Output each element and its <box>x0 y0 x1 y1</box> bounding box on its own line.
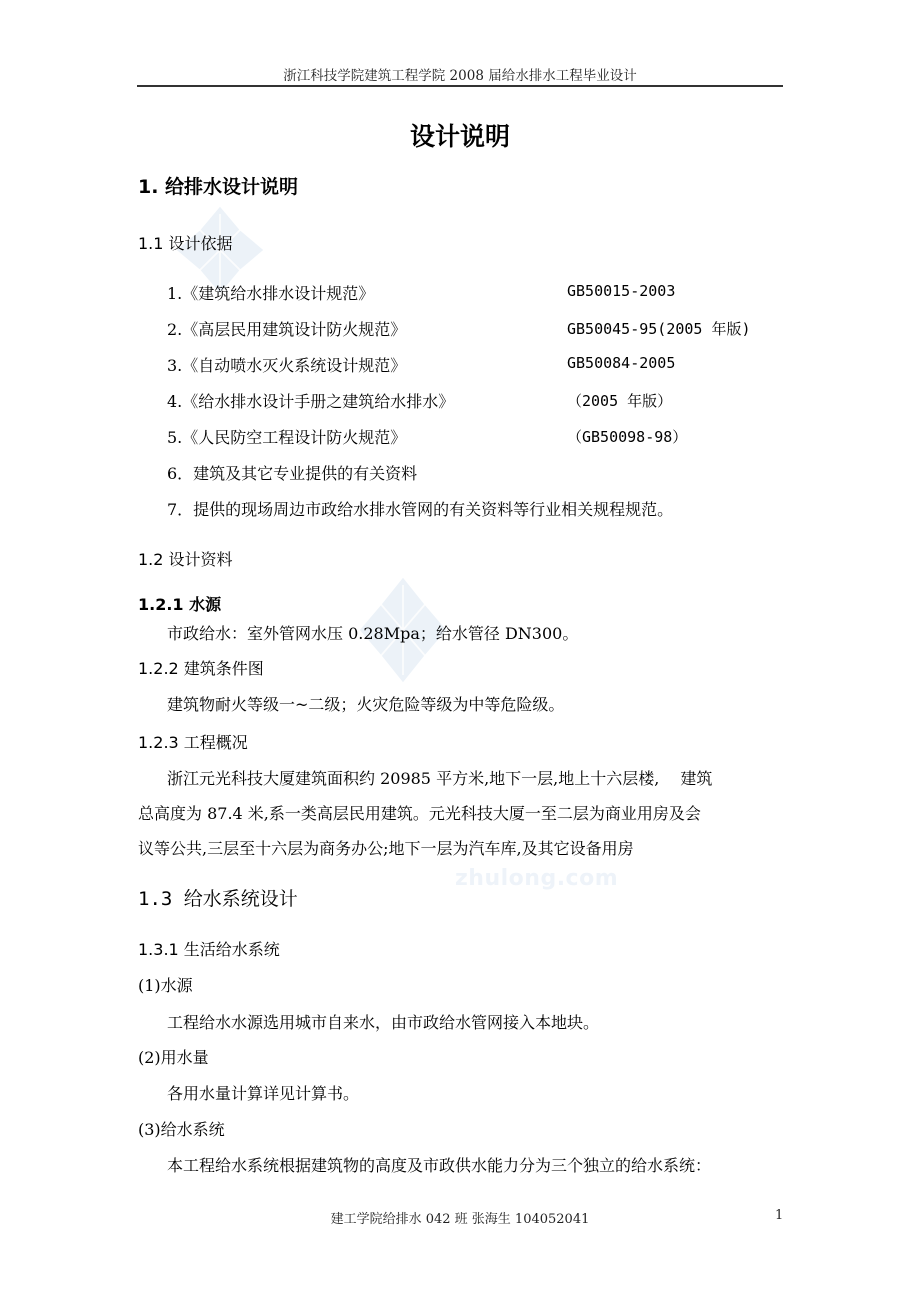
reference-item-label: 1.《建筑给水排水设计规范》 <box>167 281 374 304</box>
heading-section-1-2: 1.2 设计资料 <box>138 547 233 570</box>
subsection-text: 各用水量计算详见计算书。 <box>167 1081 359 1104</box>
reference-item-code: GB50015-2003 <box>567 282 675 300</box>
heading-section-1-3: 1.3 给水系统设计 <box>138 884 298 911</box>
heading-section-1-2-1: 1.2.1 水源 <box>138 592 221 615</box>
reference-item-label: 5.《人民防空工程设计防火规范》 <box>167 425 406 448</box>
heading-section-1-2-2: 1.2.2 建筑条件图 <box>138 656 264 679</box>
reference-item-code: GB50084-2005 <box>567 354 675 372</box>
subsection-label: (2)用水量 <box>138 1045 209 1068</box>
reference-item-label: 4.《给水排水设计手册之建筑给水排水》 <box>167 389 454 412</box>
subsection-text: 工程给水水源选用城市自来水，由市政给水管网接入本地块。 <box>167 1010 599 1033</box>
reference-item-label: 3.《自动喷水灭火系统设计规范》 <box>167 353 406 376</box>
reference-item-code: （2005 年版） <box>567 390 672 411</box>
reference-item-label: 7．提供的现场周边市政给水排水管网的有关资料等行业相关规程规范。 <box>167 497 673 520</box>
heading-section-1: 1. 给排水设计说明 <box>138 172 298 199</box>
heading-section-1-3-1: 1.3.1 生活给水系统 <box>138 937 280 960</box>
subsection-label: (1)水源 <box>138 973 193 996</box>
reference-item-code: GB50045-95(2005 年版) <box>567 318 751 339</box>
reference-item-code: （GB50098-98） <box>567 426 687 447</box>
page-header: 浙江科技学院建筑工程学院 2008 届给水排水工程毕业设计 <box>0 64 920 84</box>
paragraph-water-source: 市政给水：室外管网水压 0.28Mpa；给水管径 DN300。 <box>167 621 578 644</box>
subsection-text: 本工程给水系统根据建筑物的高度及市政供水能力分为三个独立的给水系统： <box>167 1153 711 1176</box>
paragraph-project-overview-line: 议等公共,三层至十六层为商务办公;地下一层为汽车库,及其它设备用房 <box>138 836 634 859</box>
reference-item-label: 6．建筑及其它专业提供的有关资料 <box>167 461 417 484</box>
document-title: 设计说明 <box>0 117 920 153</box>
paragraph-project-overview-line: 浙江元光科技大厦建筑面积约 20985 平方米,地下一层,地上十六层楼, 建筑 <box>167 766 712 789</box>
document-page: zhulong.com 浙江科技学院建筑工程学院 2008 届给水排水工程毕业设… <box>0 0 920 1302</box>
subsection-label: (3)给水系统 <box>138 1117 225 1140</box>
paragraph-building-conditions: 建筑物耐火等级一~二级；火灾危险等级为中等危险级。 <box>167 692 564 715</box>
heading-section-1-1: 1.1 设计依据 <box>138 231 233 254</box>
watermark-text: zhulong.com <box>455 866 618 891</box>
page-number: 1 <box>775 1208 783 1223</box>
paragraph-project-overview-line: 总高度为 87.4 米,系一类高层民用建筑。元光科技大厦一至二层为商业用房及会 <box>138 801 701 824</box>
reference-item-label: 2.《高层民用建筑设计防火规范》 <box>167 317 406 340</box>
header-divider <box>137 85 783 87</box>
heading-section-1-2-3: 1.2.3 工程概况 <box>138 730 248 753</box>
